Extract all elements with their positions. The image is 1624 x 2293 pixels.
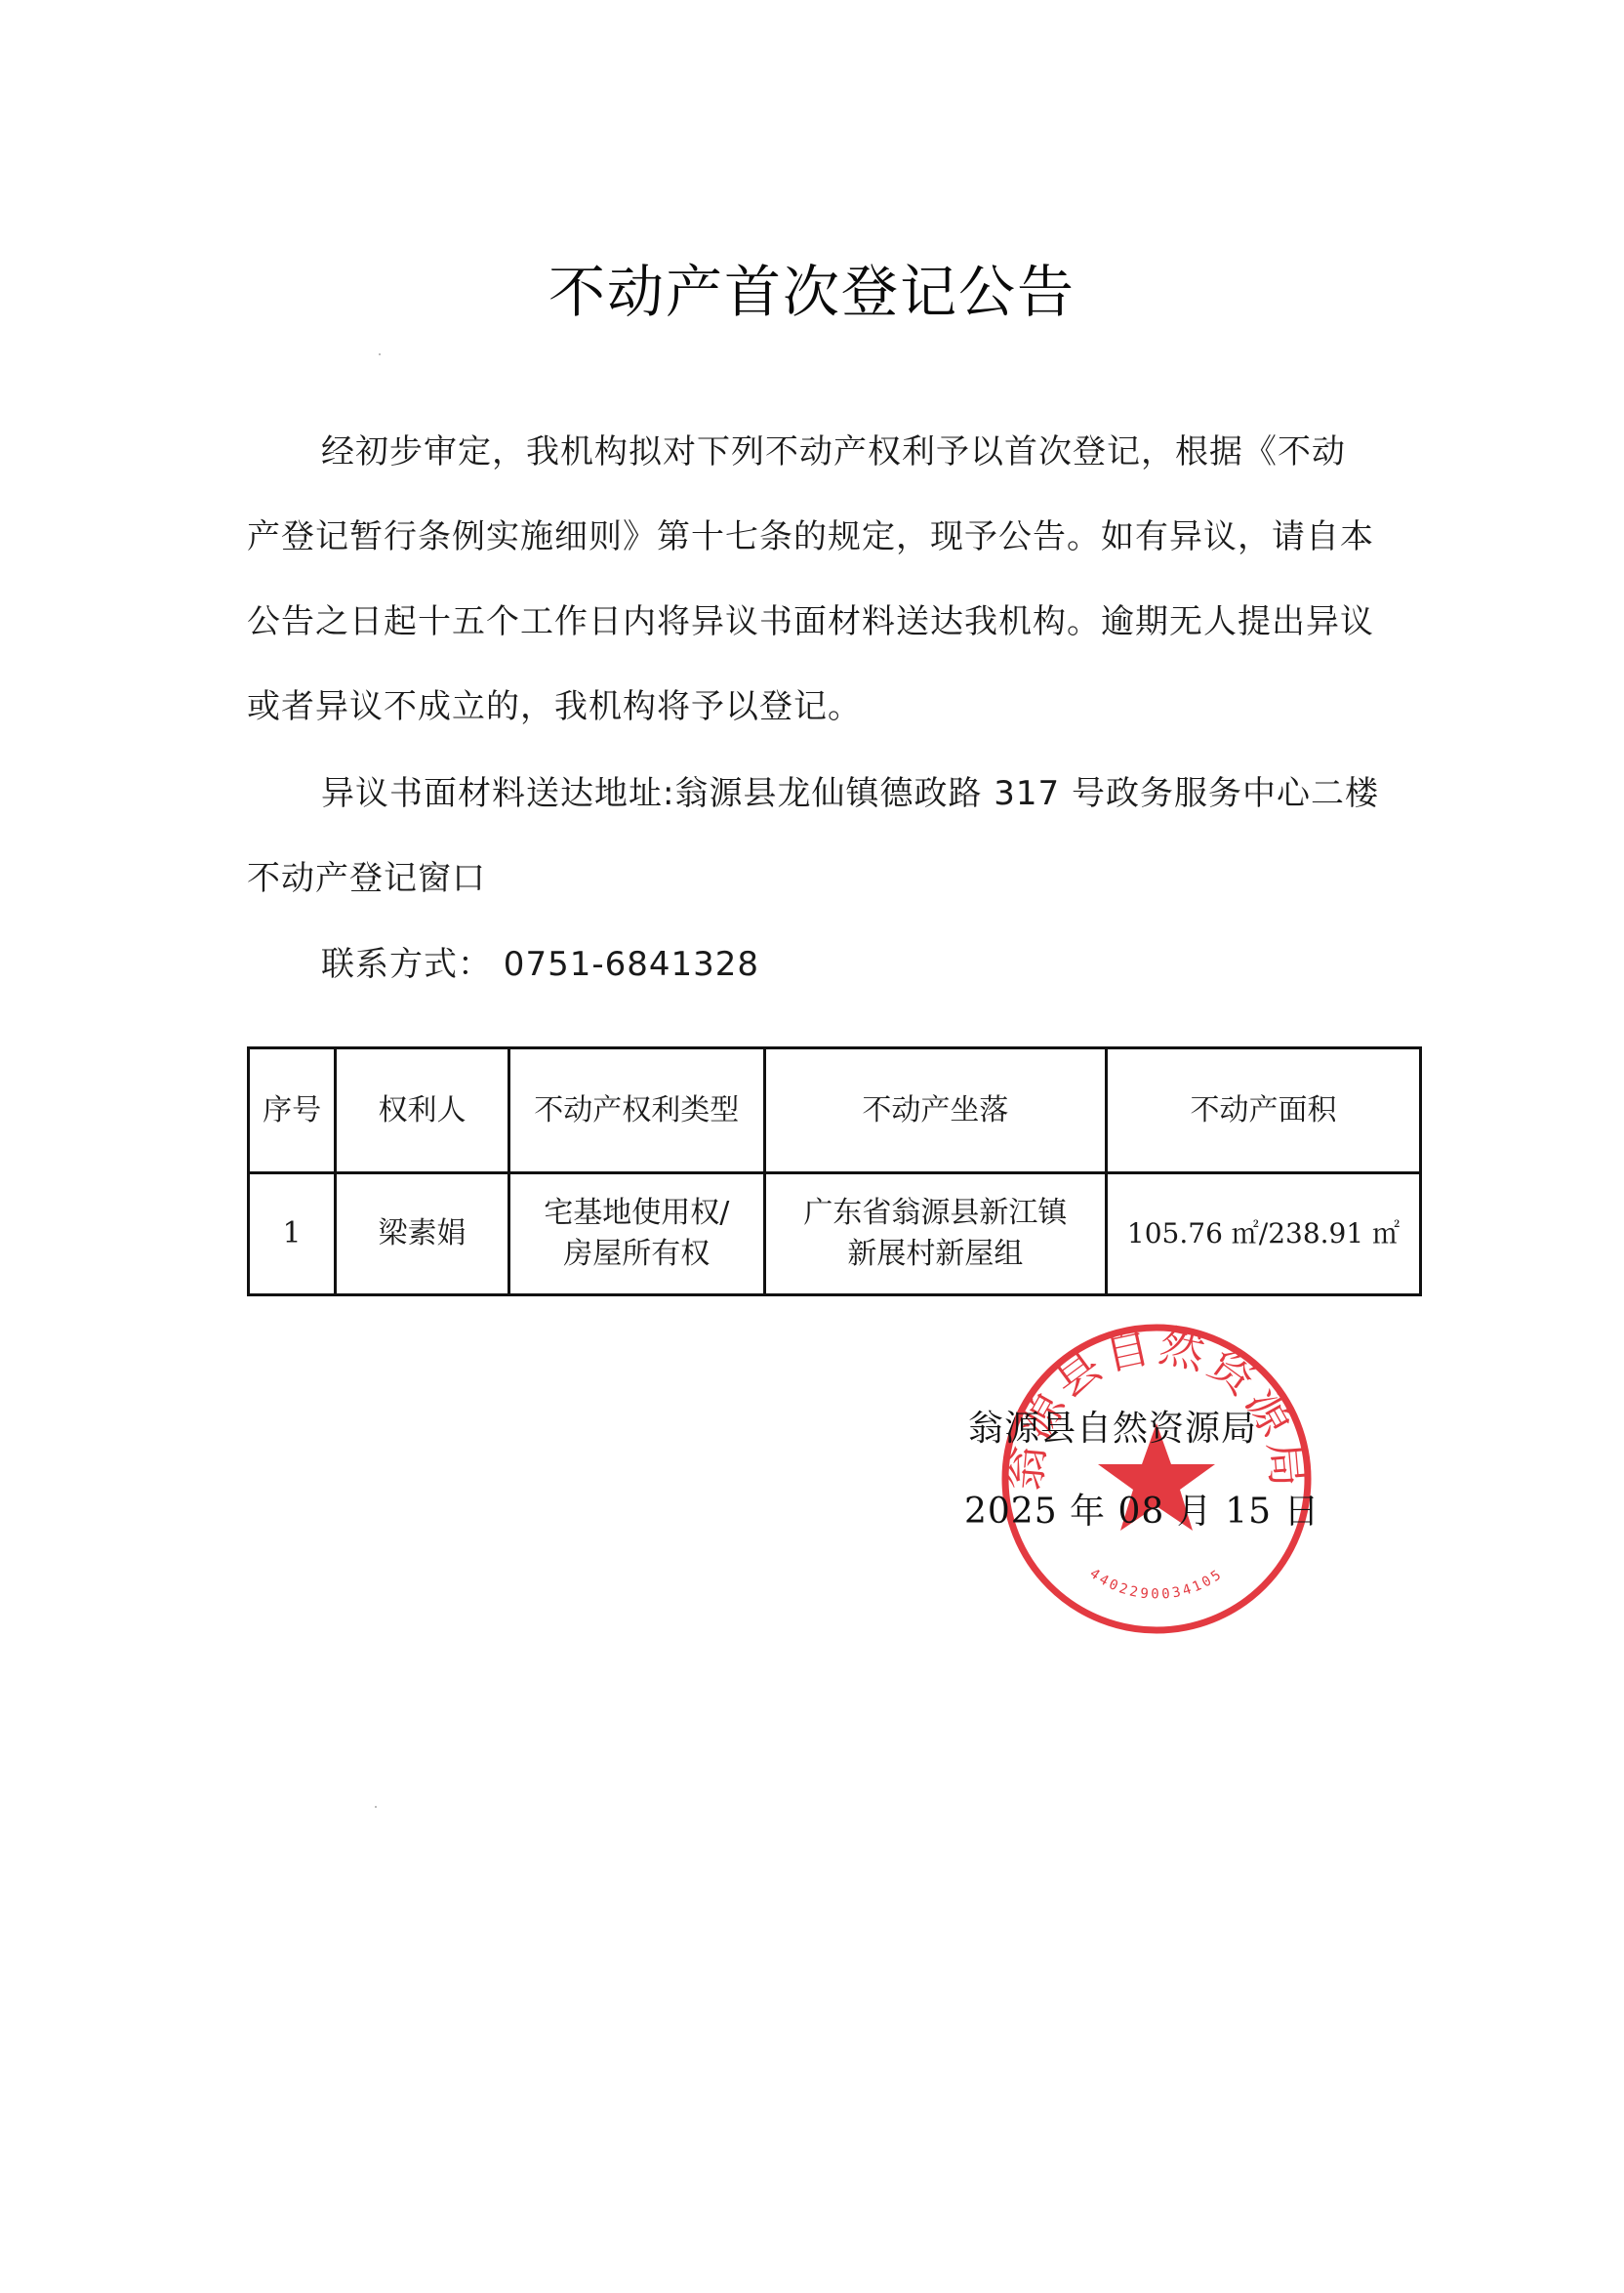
cell-location: 广东省翁源县新江镇新展村新屋组 <box>764 1173 1106 1295</box>
header-right-type: 不动产权利类型 <box>508 1048 764 1173</box>
scan-artifact <box>379 353 381 355</box>
svg-text:4402290034105: 4402290034105 <box>1087 1566 1227 1603</box>
table-header-row: 序号 权利人 不动产权利类型 不动产坐落 不动产面积 <box>249 1048 1421 1173</box>
header-index: 序号 <box>249 1048 336 1173</box>
signature-organization: 翁源县自然资源局 <box>968 1401 1257 1451</box>
cell-holder: 梁素娟 <box>336 1173 509 1295</box>
address-paragraph: 异议书面材料送达地址:翁源县龙仙镇德政路 317 号政务服务中心二楼不动产登记窗… <box>247 752 1379 921</box>
table-row: 1 梁素娟 宅基地使用权/房屋所有权 广东省翁源县新江镇新展村新屋组 105.7… <box>249 1173 1421 1295</box>
registration-table: 序号 权利人 不动产权利类型 不动产坐落 不动产面积 1 梁素娟 宅基地使用权/… <box>247 1046 1422 1296</box>
cell-index: 1 <box>249 1173 336 1295</box>
official-seal-icon: 翁源县自然资源局 4402290034105 <box>995 1318 1318 1640</box>
header-area: 不动产面积 <box>1107 1048 1421 1173</box>
header-location: 不动产坐落 <box>764 1048 1106 1173</box>
address-text: 异议书面材料送达地址:翁源县龙仙镇德政路 317 号政务服务中心二楼不动产登记窗… <box>247 774 1379 898</box>
seal-code: 4402290034105 <box>1087 1566 1227 1603</box>
intro-text: 经初步审定，我机构拟对下列不动产权利予以首次登记，根据《不动产登记暂行条例实施细… <box>247 432 1374 726</box>
signature-date: 2025 年 08 月 15 日 <box>964 1484 1319 1534</box>
contact-text: 联系方式： 0751-6841328 <box>321 945 759 984</box>
intro-paragraph: 经初步审定，我机构拟对下列不动产权利予以首次登记，根据《不动产登记暂行条例实施细… <box>247 410 1379 750</box>
scan-artifact <box>375 1806 377 1808</box>
cell-area: 105.76 ㎡/238.91 ㎡ <box>1107 1173 1421 1295</box>
document-title: 不动产首次登记公告 <box>0 246 1624 328</box>
cell-right-type: 宅基地使用权/房屋所有权 <box>508 1173 764 1295</box>
contact-paragraph: 联系方式： 0751-6841328 <box>247 922 1379 1007</box>
header-holder: 权利人 <box>336 1048 509 1173</box>
